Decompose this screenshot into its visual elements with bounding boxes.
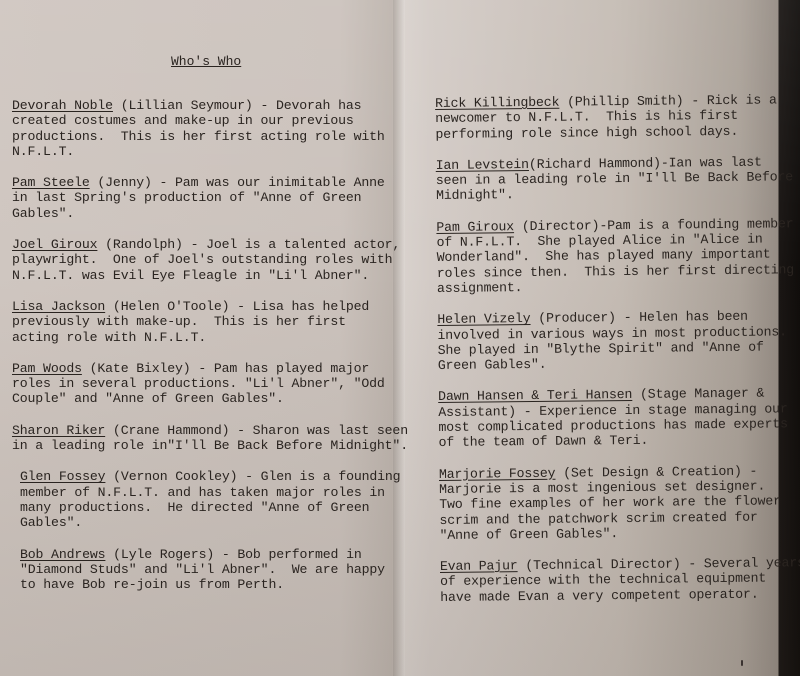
cast-entry: Pam Woods (Kate Bixley) - Pam has played… [12,361,408,407]
cast-member-name: Pam Steele [12,175,90,190]
page-title: Who's Who [171,54,241,69]
entry-text-line: N.F.L.T. was Evil Eye Fleagle in "Li'l A… [12,268,369,283]
entry-text-line: (Set Design & Creation) - [555,463,757,480]
entry-text-line: "Anne of Green Gables". [440,526,619,543]
right-column: Rick Killingbeck (Phillip Smith) - Rick … [435,92,800,621]
entry-text-line: of the team of Dawn & Teri. [439,433,649,450]
cast-member-name: Joel Giroux [12,237,97,252]
entry-text-line: Gables". [20,515,82,530]
cast-member-name: Sharon Riker [12,423,105,438]
cast-member-name: Marjorie Fossey [439,465,556,481]
cast-entry: Rick Killingbeck (Phillip Smith) - Rick … [435,92,800,142]
cast-entry: Pam Giroux (Director)-Pam is a founding … [436,216,800,296]
cast-member-name: Lisa Jackson [12,299,105,314]
paper-speck [741,660,743,666]
entry-text-line: Midnight". [436,188,514,204]
entry-text-line: (Crane Hammond) - Sharon was last seen [105,423,408,438]
entry-text-line: in a leading role in"I'll Be Back Before… [12,438,408,453]
entry-text-line: (Helen O'Toole) - Lisa has helped [105,299,369,314]
entry-text-line: seen in a leading role in "I'll Be Back … [436,169,793,188]
cast-member-name: Dawn Hansen & Teri Hansen [438,387,632,404]
entry-text-line: most complicated productions has made ex… [438,416,788,435]
entry-text-line: Green Gables". [438,357,547,373]
cast-member-name: Pam Woods [12,361,82,376]
entry-text-line: (Vernon Cookley) - Glen is a founding [105,469,400,484]
entry-text-line: roles in several productions. "Li'l Abne… [12,376,385,391]
entry-text-line: scrim and the patchwork scrim created fo… [439,509,757,527]
entry-text-line: (Jenny) - Pam was our inimitable Anne [90,175,385,190]
entry-text-line: playwright. One of Joel's outstanding ro… [12,252,392,267]
cast-member-name: Rick Killingbeck [435,95,559,111]
entry-text-line: assignment. [437,280,523,296]
cast-member-name: Pam Giroux [436,219,514,235]
entry-text-line: have made Evan a very competent operator… [440,586,758,604]
cast-entry: Lisa Jackson (Helen O'Toole) - Lisa has … [12,299,408,345]
entry-text-line: to have Bob re-join us from Perth. [20,577,284,592]
cast-entry: Dawn Hansen & Teri Hansen (Stage Manager… [438,386,800,451]
entry-text-line: Gables". [12,206,74,221]
cast-entry: Sharon Riker (Crane Hammond) - Sharon wa… [12,423,408,454]
entry-text-line: in last Spring's production of "Anne of … [12,190,361,205]
entry-text-line: created costumes and make-up in our prev… [12,113,354,128]
entry-text-line: Couple" and "Anne of Green Gables". [12,391,284,406]
entry-text-line: (Lillian Seymour) - Devorah has [113,98,361,113]
cast-member-name: Glen Fossey [20,469,105,484]
cast-entry: Evan Pajur (Technical Director) - Severa… [440,555,800,605]
entry-text-line: (Phillip Smith) - Rick is a [559,92,777,109]
cast-member-name: Evan Pajur [440,558,518,574]
cast-entry: Pam Steele (Jenny) - Pam was our inimita… [12,175,408,221]
entry-text-line: N.F.L.T. [12,144,74,159]
cast-entry: Glen Fossey (Vernon Cookley) - Glen is a… [12,469,408,530]
entry-text-line: (Kate Bixley) - Pam has played major [82,361,369,376]
cast-entry: Marjorie Fossey (Set Design & Creation) … [439,463,800,543]
entry-text-line: acting role with N.F.L.T. [12,330,206,345]
entry-text-line: productions. This is her first acting ro… [12,129,385,144]
cast-entry: Devorah Noble (Lillian Seymour) - Devora… [12,98,408,159]
entry-text-line: She played in "Blythe Spirit" and "Anne … [438,339,764,357]
cast-member-name: Helen Vizely [437,311,530,327]
entry-text-line: roles since then. This is her first dire… [437,262,794,281]
entry-text-line: member of N.F.L.T. and has taken major r… [20,485,385,500]
cast-member-name: Bob Andrews [20,547,105,562]
entry-text-line: previously with make-up. This is her fir… [12,314,346,329]
entry-text-line: "Diamond Studs" and "Li'l Abner". We are… [20,562,385,577]
cast-member-name: Ian Levstein [436,157,529,173]
cast-entry: Bob Andrews (Lyle Rogers) - Bob performe… [12,547,408,593]
cast-entry: Joel Giroux (Randolph) - Joel is a talen… [12,237,408,283]
cast-member-name: Devorah Noble [12,98,113,113]
left-column: Devorah Noble (Lillian Seymour) - Devora… [12,98,408,608]
entry-text-line: (Stage Manager & [632,386,764,402]
entry-text-line: (Lyle Rogers) - Bob performed in [105,547,361,562]
cast-entry: Helen Vizely (Producer) - Helen has been… [437,308,800,373]
cast-entry: Ian Levstein(Richard Hammond)-Ian was la… [436,154,800,204]
entry-text-line: (Randolph) - Joel is a talented actor, [97,237,400,252]
entry-text-line: performing role since high school days. [435,123,738,141]
entry-text-line: many productions. He directed "Anne of G… [20,500,369,515]
